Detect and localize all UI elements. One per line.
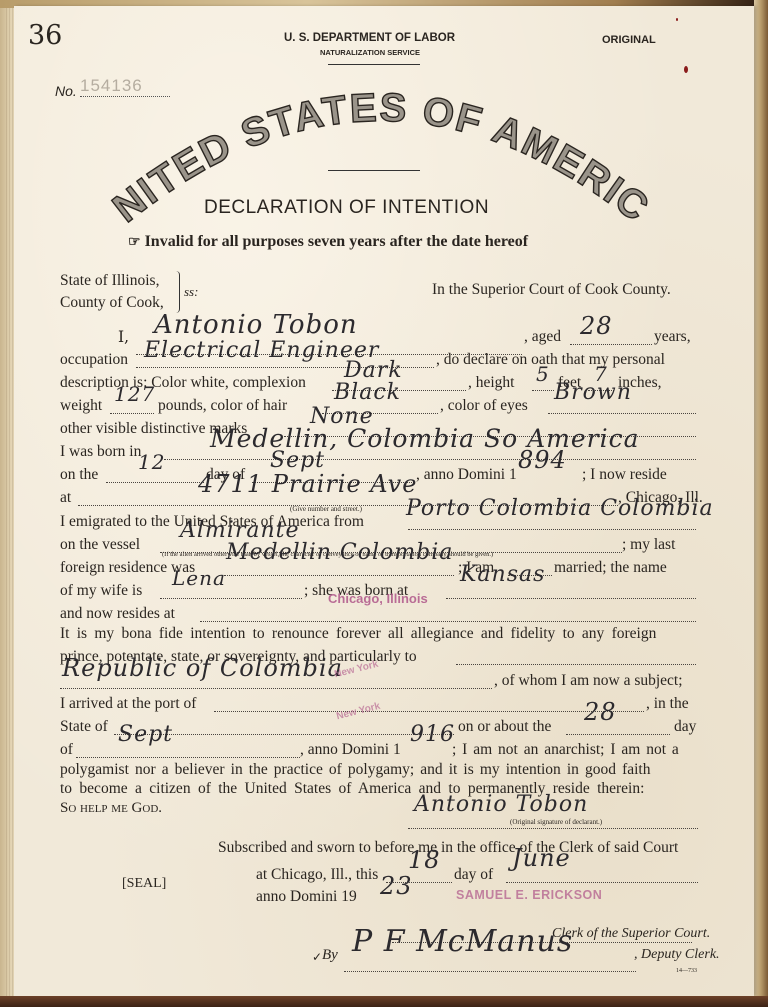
declaration-document: 36 U. S. DEPARTMENT OF LABOR NATURALIZAT… [14, 6, 754, 996]
i-label: I, [118, 328, 129, 346]
arrival-day-value[interactable]: 28 [584, 698, 617, 726]
emigrated-from-value[interactable]: Porto Colombia Colombia [406, 496, 714, 521]
ink-spot [684, 66, 688, 73]
page-number: 36 [28, 20, 62, 51]
jurat-anno-label: anno Domini 19 [256, 888, 357, 906]
occupation-label: occupation [60, 351, 128, 369]
jurat-day-value[interactable]: 18 [408, 846, 441, 874]
day-label: day [674, 718, 696, 736]
in-the-label: , in the [646, 695, 689, 713]
clerk-name-stamp: SAMUEL E. ERICKSON [456, 888, 602, 902]
by-label: By [322, 947, 338, 964]
description-label: description is: Color white, complexion [60, 374, 306, 392]
title-rule [328, 170, 420, 171]
validity-notice: ☞ Invalid for all purposes seven years a… [128, 233, 528, 251]
height-feet-value[interactable]: 5 [536, 362, 550, 386]
jurat-at-label: at Chicago, Ill., this [256, 866, 378, 884]
venue-county: County of Cook, [60, 294, 164, 312]
seal-label: [SEAL] [122, 876, 166, 892]
deputy-signature[interactable]: P F McManus [352, 924, 573, 959]
reside-label: ; I now reside [582, 466, 667, 484]
birth-year-value[interactable]: 894 [518, 446, 567, 474]
address-value[interactable]: 4711 Prairie Ave [198, 470, 417, 498]
sovereign-value[interactable]: Republic of Colombia [62, 654, 343, 682]
service-title: NATURALIZATION SERVICE [320, 48, 420, 57]
weight-value[interactable]: 127 [114, 382, 155, 406]
eye-color-value[interactable]: Brown [554, 380, 632, 405]
header-rule [328, 64, 420, 65]
pounds-hair-label: pounds, color of hair [158, 397, 287, 415]
pointing-hand-icon: ☞ [128, 235, 141, 250]
declare-label: , do declare on oath that my personal [436, 351, 665, 369]
my-last-label: ; my last [622, 536, 675, 554]
polygamist-line: polygamist nor a believer in the practic… [60, 761, 651, 779]
state-label: State of [60, 718, 108, 736]
declarant-name[interactable]: Antonio Tobon [154, 310, 358, 340]
subject-label: , of whom I am now a subject; [494, 672, 683, 690]
clerk-title: Clerk of the Superior Court. [552, 926, 710, 942]
wife-name-value[interactable]: Lena [172, 566, 226, 590]
hair-color-value[interactable]: Black [334, 380, 401, 405]
resides-stamp: Chicago, Illinois [328, 591, 428, 606]
ink-spot [676, 18, 678, 21]
department-title: U. S. DEPARTMENT OF LABOR [284, 32, 455, 44]
aged-label: , aged [524, 328, 561, 346]
married-label: married; the name [554, 559, 667, 577]
foreign-residence-value[interactable]: Medellin Colombia [226, 540, 453, 565]
vessel-label: on the vessel [60, 536, 140, 554]
weight-label: weight [60, 397, 102, 415]
anno-domini-label: , anno Domini 1 [416, 466, 517, 484]
page-bottom-edge [0, 996, 768, 1007]
wife-birthplace-value[interactable]: Kansas [460, 562, 545, 587]
form-code: 14—733 [676, 968, 697, 974]
age-value[interactable]: 28 [580, 312, 613, 340]
venue-brace [174, 271, 180, 313]
declarant-signature[interactable]: Antonio Tobon [414, 792, 588, 817]
renounce-line-1: It is my bona fide intention to renounce… [60, 625, 656, 643]
wife-label: of my wife is [60, 582, 142, 600]
checkmark-icon: ✓ [312, 950, 322, 965]
venue-state: State of Illinois, [60, 272, 159, 290]
of-label: of [60, 741, 73, 759]
jurat-year-value[interactable]: 23 [380, 872, 413, 900]
anno-domini-2-label: , anno Domini 1 [300, 741, 401, 759]
jurat-day-of-label: day of [454, 866, 493, 884]
on-the-label: on the [60, 466, 98, 484]
number-label: No. [55, 83, 77, 99]
jurat-line-1: Subscribed and sworn to before me in the… [218, 839, 678, 857]
page-right-edge [754, 0, 768, 1007]
port-label: I arrived at the port of [60, 695, 196, 713]
on-or-about-label: on or about the [458, 718, 551, 736]
copy-type-label: ORIGINAL [602, 34, 656, 46]
anarchist-label: ; I am not an anarchist; I am not a [452, 741, 679, 759]
arrival-year-value[interactable]: 916 [410, 722, 455, 747]
venue-ss: ss: [184, 284, 198, 300]
court-name: In the Superior Court of Cook County. [432, 281, 671, 299]
birth-day-value[interactable]: 12 [138, 450, 165, 474]
eyes-label: , color of eyes [440, 397, 528, 415]
document-heading: DECLARATION OF INTENTION [204, 197, 489, 219]
at-label: at [60, 489, 71, 507]
address-hint: (Give number and street.) [290, 505, 362, 513]
arrival-month-value[interactable]: Sept [118, 722, 173, 747]
resides-label: and now resides at [60, 605, 175, 623]
jurat-month-value[interactable]: June [512, 844, 571, 872]
years-label: years, [654, 328, 691, 346]
signature-hint: (Original signature of declarant.) [510, 818, 602, 826]
deputy-title: , Deputy Clerk. [634, 947, 720, 963]
height-label: , height [468, 374, 515, 392]
born-label: I was born in [60, 443, 141, 461]
oath-text: So help me God. [60, 800, 162, 817]
